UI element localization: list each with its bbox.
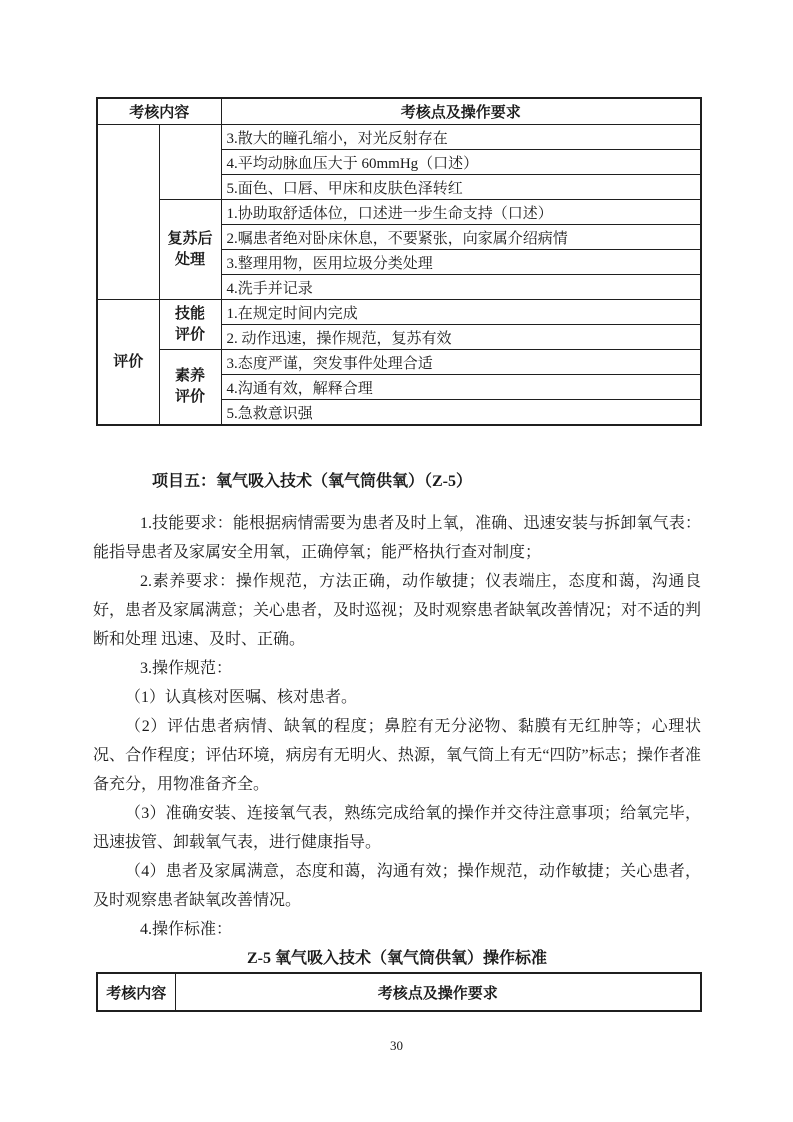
table-cell-requirement: 5.急救意识强 bbox=[221, 400, 701, 426]
assessment-table-cpr: 考核内容 考核点及操作要求 3.散大的瞳孔缩小，对光反射存在 4.平均动脉血压大… bbox=[96, 97, 702, 426]
row-label-evaluation: 评价 bbox=[97, 300, 159, 426]
table-row: 素养 评价 3.态度严谨，突发事件处理合适 bbox=[97, 350, 701, 375]
table-row: 考核内容 考核点及操作要求 bbox=[97, 973, 701, 1011]
table-cell-requirement: 3.态度严谨，突发事件处理合适 bbox=[221, 350, 701, 375]
table-row: 评价 技能 评价 1.在规定时间内完成 bbox=[97, 300, 701, 325]
row-label-post-resuscitation: 复苏后 处理 bbox=[159, 200, 221, 300]
paragraph-spec-item-1: （1）认真核对医嘱、核对患者。 bbox=[93, 683, 701, 712]
section-title-project5: 项目五：氧气吸入技术（氧气筒供氧）（Z-5） bbox=[93, 467, 701, 496]
table2-header-points: 考核点及操作要求 bbox=[175, 973, 701, 1011]
empty-group-cell bbox=[97, 125, 159, 300]
table-cell-requirement: 1.协助取舒适体位，口述进一步生命支持（口述） bbox=[221, 200, 701, 225]
paragraph-operation-standard-heading: 4.操作标准： bbox=[93, 915, 701, 944]
row-label-skill-evaluation: 技能 评价 bbox=[159, 300, 221, 350]
operation-standard-table: 考核内容 考核点及操作要求 bbox=[96, 972, 702, 1012]
paragraph-operation-spec-heading: 3.操作规范： bbox=[93, 654, 701, 683]
table-cell-requirement: 2.嘱患者绝对卧床休息，不要紧张，向家属介绍病情 bbox=[221, 225, 701, 250]
table-row: 复苏后 处理 1.协助取舒适体位，口述进一步生命支持（口述） bbox=[97, 200, 701, 225]
row-label-quality-evaluation: 素养 评价 bbox=[159, 350, 221, 426]
paragraph-spec-item-3: （3）准确安装、连接氧气表，熟练完成给氧的操作并交待注意事项；给氧完毕，迅速拔管… bbox=[93, 799, 701, 857]
paragraph-quality-requirements: 2.素养要求：操作规范，方法正确，动作敏捷；仪表端庄，态度和蔼，沟通良好，患者及… bbox=[93, 567, 701, 654]
table-cell-requirement: 4.洗手并记录 bbox=[221, 275, 701, 300]
table-cell-requirement: 5.面色、口唇、甲床和皮肤色泽转红 bbox=[221, 175, 701, 200]
table-header-assessment-points: 考核点及操作要求 bbox=[221, 98, 701, 125]
paragraph-skill-requirements: 1.技能要求：能根据病情需要为患者及时上氧，准确、迅速安装与拆卸氧气表：能指导患… bbox=[93, 509, 701, 567]
document-page: 考核内容 考核点及操作要求 3.散大的瞳孔缩小，对光反射存在 4.平均动脉血压大… bbox=[0, 0, 793, 1122]
table-row: 3.散大的瞳孔缩小，对光反射存在 bbox=[97, 125, 701, 150]
page-number: 30 bbox=[0, 1038, 793, 1054]
table-cell-requirement: 1.在规定时间内完成 bbox=[221, 300, 701, 325]
paragraph-spec-item-2: （2）评估患者病情、缺氧的程度；鼻腔有无分泌物、黏膜有无红肿等；心理状况、合作程… bbox=[93, 712, 701, 799]
table-cell-requirement: 2. 动作迅速，操作规范，复苏有效 bbox=[221, 325, 701, 350]
table-cell-requirement: 3.整理用物，医用垃圾分类处理 bbox=[221, 250, 701, 275]
table2-header-content: 考核内容 bbox=[97, 973, 175, 1011]
table-caption-z5: Z-5 氧气吸入技术（氧气筒供氧）操作标准 bbox=[93, 944, 701, 973]
section-project5: 项目五：氧气吸入技术（氧气筒供氧）（Z-5） 1.技能要求：能根据病情需要为患者… bbox=[93, 467, 701, 973]
paragraph-spec-item-4: （4）患者及家属满意，态度和蔼，沟通有效；操作规范，动作敏捷；关心患者，及时观察… bbox=[93, 857, 701, 915]
table-cell-requirement: 4.沟通有效，解释合理 bbox=[221, 375, 701, 400]
table-row: 考核内容 考核点及操作要求 bbox=[97, 98, 701, 125]
table-cell-requirement: 4.平均动脉血压大于 60mmHg（口述） bbox=[221, 150, 701, 175]
table-header-assessment-content: 考核内容 bbox=[97, 98, 221, 125]
empty-subgroup-cell bbox=[159, 125, 221, 200]
table-cell-requirement: 3.散大的瞳孔缩小，对光反射存在 bbox=[221, 125, 701, 150]
